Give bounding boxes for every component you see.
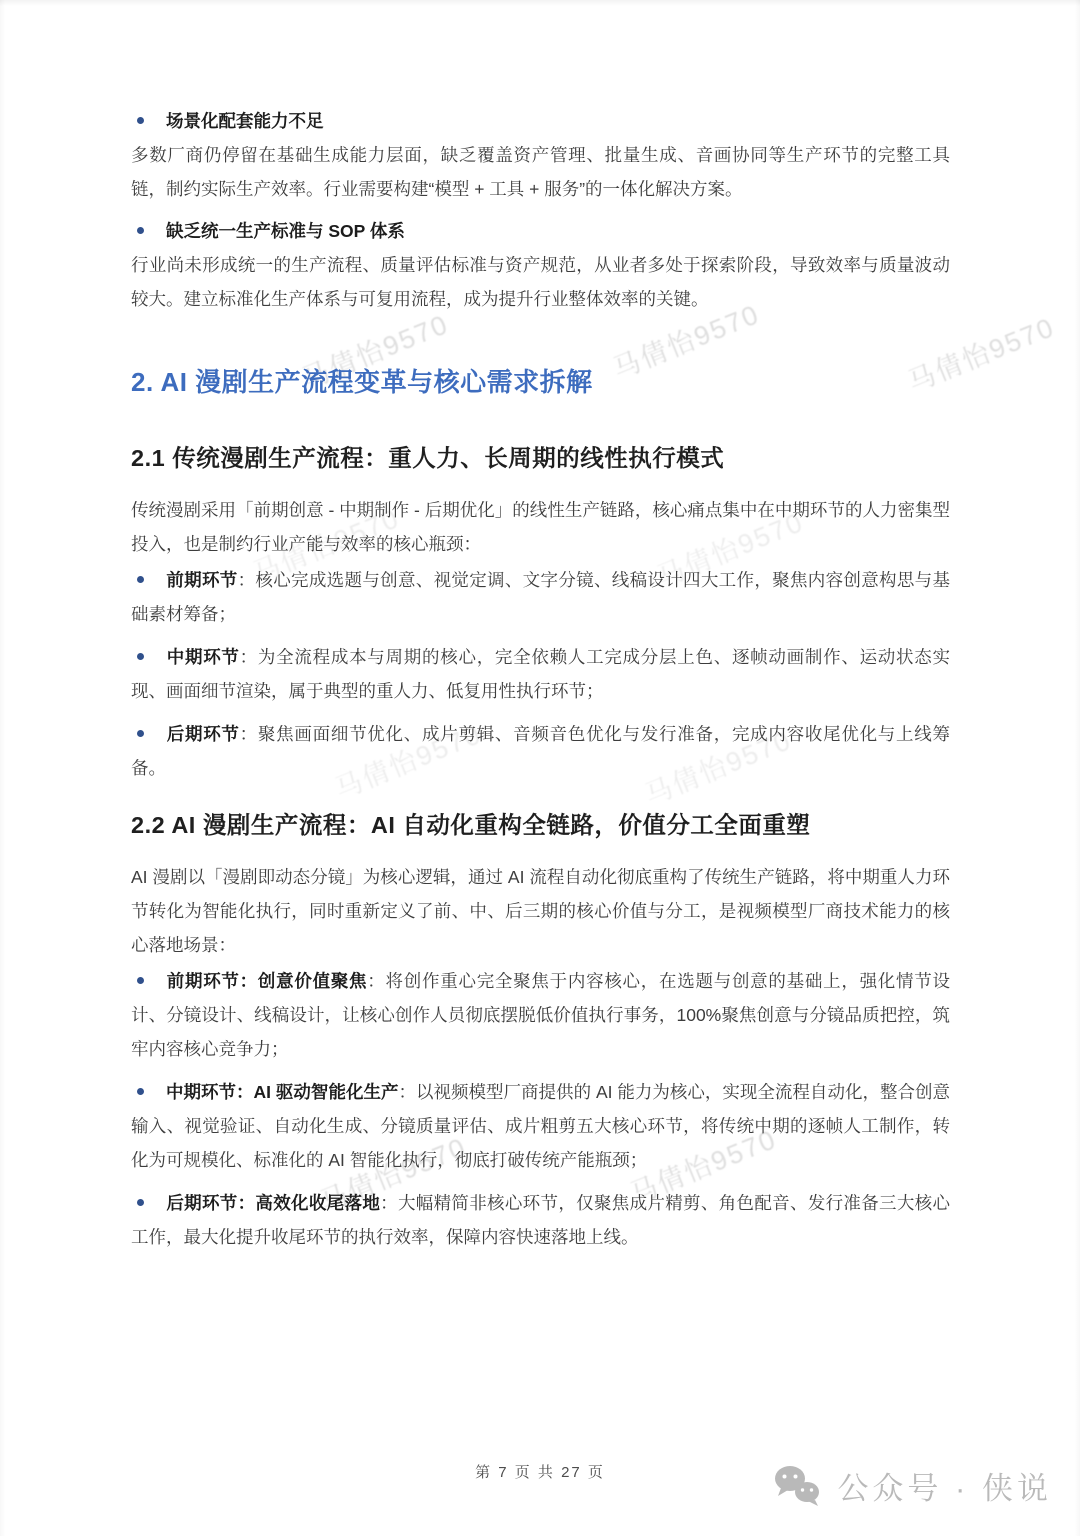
list-item-text: ：核心完成选题与创意、视觉定调、文字分镜、线稿设计四大工作，聚焦内容创意构思与基… xyxy=(131,570,950,624)
list-item: 中期环节：AI 驱动智能化生产：以视频模型厂商提供的 AI 能力为核心，实现全流… xyxy=(131,1075,950,1177)
bullet-title-text: 场景化配套能力不足 xyxy=(166,111,324,131)
subsection-2-1-intro: 传统漫剧采用「前期创意 - 中期制作 - 后期优化」的线性生产链路，核心痛点集中… xyxy=(131,493,950,561)
subsection-2-1-list: 前期环节：核心完成选题与创意、视觉定调、文字分镜、线稿设计四大工作，聚焦内容创意… xyxy=(131,563,950,785)
wechat-logo-icon xyxy=(773,1464,823,1508)
wechat-stamp: 公众号 · 侠说 xyxy=(773,1463,1052,1508)
subsection-2-2-intro: AI 漫剧以「漫剧即动态分镜」为核心逻辑，通过 AI 流程自动化彻底重构了传统生… xyxy=(131,860,950,962)
intro-bullet-group-2: 缺乏统一生产标准与 SOP 体系 行业尚未形成统一的生产流程、质量评估标准与资产… xyxy=(131,214,950,316)
bullet-dot-icon xyxy=(137,117,144,124)
bullet-title-text: 缺乏统一生产标准与 SOP 体系 xyxy=(166,221,405,241)
bullet-dot-icon xyxy=(137,730,144,737)
list-item-label: 后期环节 xyxy=(166,724,240,744)
list-item-text: ：为全流程成本与周期的核心，完全依赖人工完成分层上色、逐帧动画制作、运动状态实现… xyxy=(131,647,950,701)
subsection-2-2-list: 前期环节：创意价值聚焦：将创作重心完全聚焦于内容核心，在选题与创意的基础上，强化… xyxy=(131,964,950,1254)
list-item: 后期环节：聚焦画面细节优化、成片剪辑、音频音色优化与发行准备，完成内容收尾优化与… xyxy=(131,717,950,785)
bullet-title: 缺乏统一生产标准与 SOP 体系 xyxy=(131,214,950,248)
list-item: 前期环节：创意价值聚焦：将创作重心完全聚焦于内容核心，在选题与创意的基础上，强化… xyxy=(131,964,950,1066)
list-item-label: 前期环节：创意价值聚焦 xyxy=(166,971,367,991)
list-item-label: 中期环节：AI 驱动智能化生产 xyxy=(166,1082,398,1102)
bullet-dot-icon xyxy=(137,977,144,984)
subsection-2-1-heading: 2.1 传统漫剧生产流程：重人力、长周期的线性执行模式 xyxy=(131,440,950,476)
list-item: 后期环节：高效化收尾落地：大幅精简非核心环节，仅聚焦成片精剪、角色配音、发行准备… xyxy=(131,1186,950,1254)
paragraph: 多数厂商仍停留在基础生成能力层面，缺乏覆盖资产管理、批量生成、音画协同等生产环节… xyxy=(131,138,950,206)
bullet-dot-icon xyxy=(137,1199,144,1206)
bullet-title: 场景化配套能力不足 xyxy=(131,104,950,138)
intro-bullet-group-1: 场景化配套能力不足 多数厂商仍停留在基础生成能力层面，缺乏覆盖资产管理、批量生成… xyxy=(131,104,950,206)
wechat-stamp-text: 公众号 · 侠说 xyxy=(837,1463,1052,1508)
bullet-dot-icon xyxy=(137,1088,144,1095)
list-item-text: ：聚焦画面细节优化、成片剪辑、音频音色优化与发行准备，完成内容收尾优化与上线筹备… xyxy=(131,724,950,778)
subsection-2-2-heading: 2.2 AI 漫剧生产流程：AI 自动化重构全链路，价值分工全面重塑 xyxy=(131,807,950,843)
document-content: 场景化配套能力不足 多数厂商仍停留在基础生成能力层面，缺乏覆盖资产管理、批量生成… xyxy=(0,0,1080,1254)
document-page: 马倩怡9570 马倩怡9570 马倩怡9570 马倩怡9570 马倩怡9570 … xyxy=(0,0,1080,1536)
bullet-dot-icon xyxy=(137,576,144,583)
paragraph: 行业尚未形成统一的生产流程、质量评估标准与资产规范，从业者多处于探索阶段，导致效… xyxy=(131,248,950,316)
bullet-dot-icon xyxy=(137,227,144,234)
list-item: 中期环节：为全流程成本与周期的核心，完全依赖人工完成分层上色、逐帧动画制作、运动… xyxy=(131,640,950,708)
bullet-dot-icon xyxy=(137,653,144,660)
section-heading: 2. AI 漫剧生产流程变革与核心需求拆解 xyxy=(131,362,950,402)
list-item-label: 后期环节：高效化收尾落地 xyxy=(166,1193,380,1213)
list-item: 前期环节：核心完成选题与创意、视觉定调、文字分镜、线稿设计四大工作，聚焦内容创意… xyxy=(131,563,950,631)
list-item-label: 中期环节 xyxy=(166,647,240,667)
list-item-label: 前期环节 xyxy=(166,570,238,590)
